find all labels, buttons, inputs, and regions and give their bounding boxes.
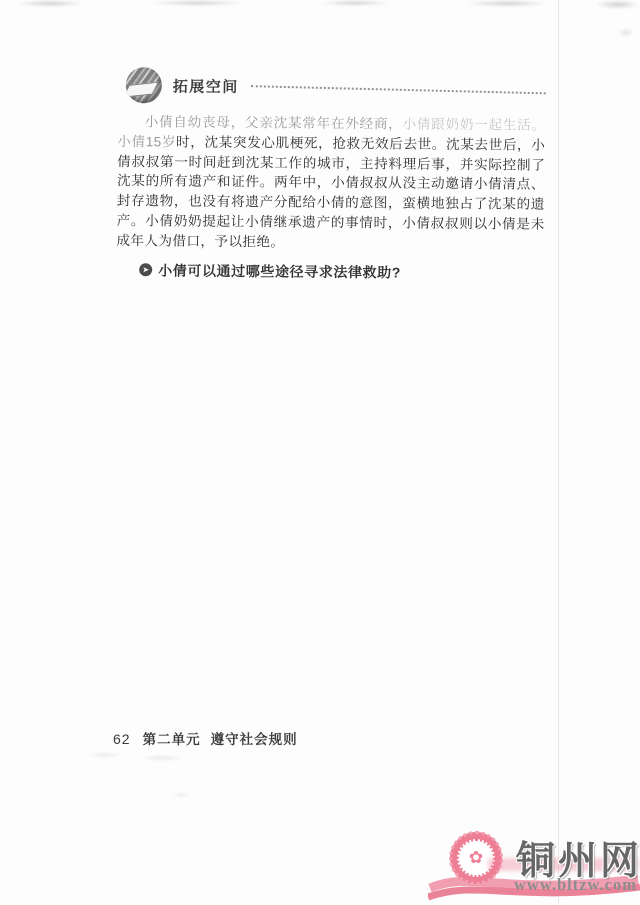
story-paragraph: 小倩自幼丧母，父亲沈某常年在外经商，小倩跟奶奶一起生活。小倩15岁时，沈某突发心…: [116, 112, 545, 254]
scan-smudge: [595, 0, 640, 9]
unit-title: 遵守社会规则: [211, 728, 298, 748]
question-text: 小倩可以通过哪些途径寻求法律救助?: [158, 260, 401, 282]
section-header: 拓展空间: [118, 64, 548, 110]
section-title: 拓展空间: [173, 75, 239, 97]
scan-smudge: [618, 28, 634, 37]
scan-smudge: [88, 752, 122, 758]
scan-smudge: [140, 755, 184, 761]
scan-smudge: [320, 0, 390, 6]
scan-smudge: [150, 0, 245, 6]
scan-smudge: [465, 0, 550, 7]
page-number: 62: [113, 731, 131, 747]
watermark-site-url: www.bltzw.com: [514, 875, 637, 895]
site-watermark: 铜州网 www.bltzw.com: [428, 830, 640, 902]
story-segment: 小倩自幼丧母，父亲沈某常年在外经商，: [145, 114, 403, 131]
question-row: ➤ 小倩可以通过哪些途径寻求法律救助?: [116, 260, 546, 284]
page-edge-line: [558, 0, 559, 905]
dotted-rule: [251, 85, 546, 94]
expansion-space-section: 拓展空间 小倩自幼丧母，父亲沈某常年在外经商，小倩跟奶奶一起生活。小倩15岁时，…: [116, 64, 548, 283]
sphere-book-logo-icon: [126, 67, 162, 103]
scan-smudge: [15, 0, 85, 7]
unit-label: 第二单元: [143, 728, 201, 748]
scanned-textbook-page: { "page": { "header": { "title": "拓展空间" …: [0, 0, 640, 905]
story-segment: 时，沈某突发心肌梗死，抢救无效后去世。沈某去世后，小倩叔叔第一时间赶到沈某工作的…: [116, 134, 545, 249]
page-footer: 62 第二单元 遵守社会规则: [113, 728, 298, 748]
story-segment: 小倩跟奶奶一起生活。: [403, 116, 546, 132]
arrow-circle-bullet-icon: ➤: [139, 263, 152, 276]
scan-smudge: [172, 792, 190, 798]
story-segment: 小倩15岁: [117, 134, 176, 150]
